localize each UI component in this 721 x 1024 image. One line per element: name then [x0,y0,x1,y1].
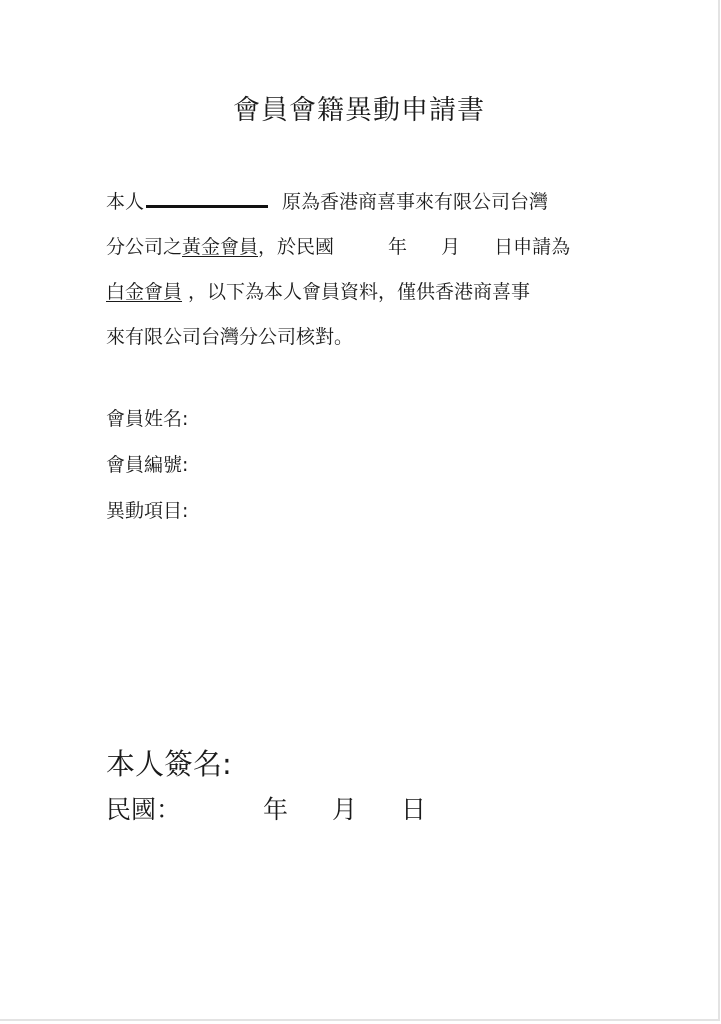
member-fields: 會員姓名: 會員編號: 異動項目: [106,396,188,534]
date-day: 日 [401,795,426,824]
date-line: 民國：年月日 [106,790,426,826]
field-change-item: 異動項目: [106,488,188,534]
day-apply-text: 日申請為 [494,236,570,258]
declaration-paragraph: 本人原為香港商喜事來有限公司台灣 分公司之黃金會員，於民國年月日申請為 白金會員… [106,180,606,360]
date-month: 月 [332,795,357,824]
target-tier: 白金會員 [106,281,182,303]
paragraph-line-1: 本人原為香港商喜事來有限公司台灣 [106,180,606,225]
date-prefix: 民國： [106,795,181,824]
text-member-data: ，以下為本人會員資料，僅供香港商喜事 [188,281,530,303]
signature-label: 本人簽名: [106,742,232,783]
field-member-number: 會員編號: [106,442,188,488]
month-label: 月 [441,236,460,258]
name-blank-line[interactable] [146,191,268,208]
paragraph-line-2: 分公司之黃金會員，於民國年月日申請為 [106,225,606,270]
text-republic: ，於民國 [258,236,334,258]
field-member-name: 會員姓名: [106,396,188,442]
year-label: 年 [388,236,407,258]
text-company-intro: 原為香港商喜事來有限公司台灣 [282,191,548,213]
date-year: 年 [263,795,288,824]
text-self: 本人 [106,191,144,213]
current-tier: 黃金會員 [182,236,258,258]
text-verification: 來有限公司台灣分公司核對。 [106,326,353,348]
document-title: 會員會籍異動申請書 [0,88,718,127]
document-page: 會員會籍異動申請書 本人原為香港商喜事來有限公司台灣 分公司之黃金會員，於民國年… [0,0,720,1021]
paragraph-line-3: 白金會員，以下為本人會員資料，僅供香港商喜事 [106,270,606,315]
paragraph-line-4: 來有限公司台灣分公司核對。 [106,315,606,360]
text-branch: 分公司之 [106,236,182,258]
